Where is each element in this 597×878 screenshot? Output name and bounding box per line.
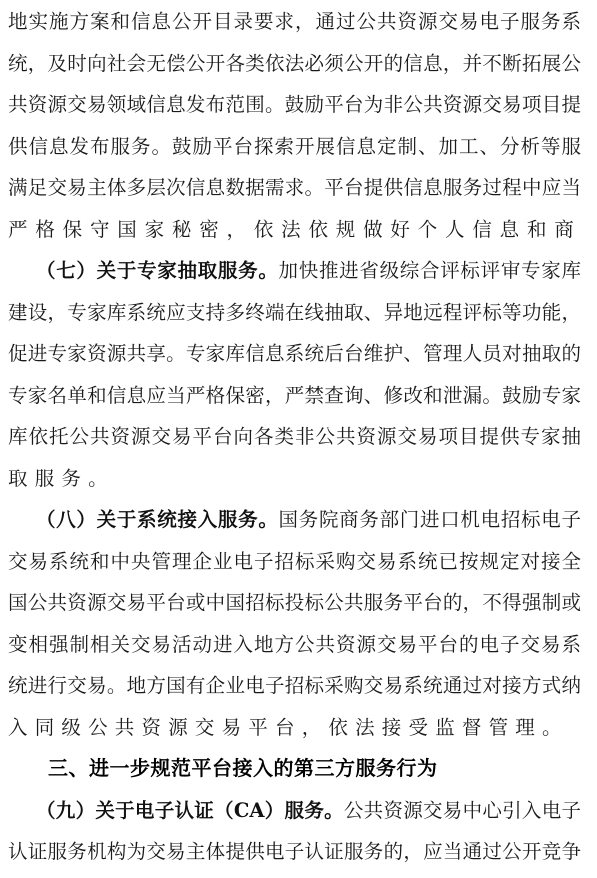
text-line: 入同级公共资源交易平台，依法接受监督管理。 xyxy=(0,707,597,749)
paragraph-first-line: （七）关于专家抽取服务。加快推进省级综合评标评审专家库 xyxy=(0,250,597,292)
text-line: 共资源交易领域信息发布范围。鼓励平台为非公共资源交易项目提 xyxy=(0,84,597,126)
line-text: 满足交易主体多层次信息数据需求。平台提供信息服务过程中应当 xyxy=(8,167,581,209)
line-text: 库依托公共资源交易平台向各类非公共资源交易项目提供专家抽 xyxy=(8,416,581,458)
text-line: 促进专家资源共享。专家库信息系统后台维护、管理人员对抽取的 xyxy=(0,333,597,375)
line-text: 认证服务机构为交易主体提供电子认证服务的，应当通过公开竞争 xyxy=(8,831,581,873)
line-text: （七）关于专家抽取服务。加快推进省级综合评标评审专家库 xyxy=(36,250,581,292)
line-text: 专家名单和信息应当严格保密，严禁查询、修改和泄漏。鼓励专家 xyxy=(8,375,581,417)
line-text: （九）关于电子认证（CA）服务。公共资源交易中心引入电子 xyxy=(36,790,581,832)
line-text-rest: 公共资源交易中心引入电子 xyxy=(344,799,581,822)
line-text: 变相强制相关交易活动进入地方公共资源交易平台的电子交易系 xyxy=(8,624,581,666)
text-line: 库依托公共资源交易平台向各类非公共资源交易项目提供专家抽 xyxy=(0,416,597,458)
text-line: 交易系统和中央管理企业电子招标采购交易系统已按规定对接全 xyxy=(0,541,597,583)
text-line: 统，及时向社会无偿公开各类依法必须公开的信息，并不断拓展公 xyxy=(0,43,597,85)
line-text-rest: 国务院商务部门进口机电招标电子 xyxy=(279,508,581,531)
line-text: 严格保守国家秘密，依法依规做好个人信息和商业秘密保护。 xyxy=(8,209,581,251)
document-page: 地实施方案和信息公开目录要求，通过公共资源交易电子服务系 统，及时向社会无偿公开… xyxy=(0,1,597,873)
line-text: （八）关于系统接入服务。国务院商务部门进口机电招标电子 xyxy=(36,499,581,541)
text-line: 专家名单和信息应当严格保密，严禁查询、修改和泄漏。鼓励专家 xyxy=(0,375,597,417)
line-text: 供信息发布服务。鼓励平台探索开展信息定制、加工、分析等服务， xyxy=(8,126,581,168)
text-line: 严格保守国家秘密，依法依规做好个人信息和商业秘密保护。 xyxy=(0,209,597,251)
paragraph-lead-title: （八）关于系统接入服务。 xyxy=(36,508,279,531)
text-line: 供信息发布服务。鼓励平台探索开展信息定制、加工、分析等服务， xyxy=(0,126,597,168)
line-text: 统，及时向社会无偿公开各类依法必须公开的信息，并不断拓展公 xyxy=(8,43,581,85)
text-line: 统进行交易。地方国有企业电子招标采购交易系统通过对接方式纳 xyxy=(0,665,597,707)
section-heading: 三、进一步规范平台接入的第三方服务行为 xyxy=(0,748,597,790)
text-line: 建设，专家库系统应支持多终端在线抽取、异地远程评标等功能， xyxy=(0,292,597,334)
line-text: 促进专家资源共享。专家库信息系统后台维护、管理人员对抽取的 xyxy=(8,333,581,375)
line-text: 入同级公共资源交易平台，依法接受监督管理。 xyxy=(8,707,581,749)
paragraph-first-line: （九）关于电子认证（CA）服务。公共资源交易中心引入电子 xyxy=(0,790,597,832)
text-line: 变相强制相关交易活动进入地方公共资源交易平台的电子交易系 xyxy=(0,624,597,666)
paragraph-lead-title: （九）关于电子认证（CA）服务。 xyxy=(36,799,344,822)
line-text: 地实施方案和信息公开目录要求，通过公共资源交易电子服务系 xyxy=(8,1,581,43)
text-line: 地实施方案和信息公开目录要求，通过公共资源交易电子服务系 xyxy=(0,1,597,43)
paragraph-first-line: （八）关于系统接入服务。国务院商务部门进口机电招标电子 xyxy=(0,499,597,541)
line-text: 交易系统和中央管理企业电子招标采购交易系统已按规定对接全 xyxy=(8,541,581,583)
section-heading-text: 三、进一步规范平台接入的第三方服务行为 xyxy=(48,748,568,790)
line-text: 共资源交易领域信息发布范围。鼓励平台为非公共资源交易项目提 xyxy=(8,84,581,126)
text-line: 满足交易主体多层次信息数据需求。平台提供信息服务过程中应当 xyxy=(0,167,597,209)
line-text: 统进行交易。地方国有企业电子招标采购交易系统通过对接方式纳 xyxy=(8,665,581,707)
paragraph-lead-title: （七）关于专家抽取服务。 xyxy=(36,259,279,282)
line-text: 国公共资源交易平台或中国招标投标公共服务平台的，不得强制或 xyxy=(8,582,581,624)
line-text-rest: 加快推进省级综合评标评审专家库 xyxy=(279,259,581,282)
text-line: 取服务。 xyxy=(0,458,597,500)
line-text: 取服务。 xyxy=(8,458,581,500)
line-text: 建设，专家库系统应支持多终端在线抽取、异地远程评标等功能， xyxy=(8,292,581,334)
text-line: 认证服务机构为交易主体提供电子认证服务的，应当通过公开竞争 xyxy=(0,831,597,873)
text-line: 国公共资源交易平台或中国招标投标公共服务平台的，不得强制或 xyxy=(0,582,597,624)
